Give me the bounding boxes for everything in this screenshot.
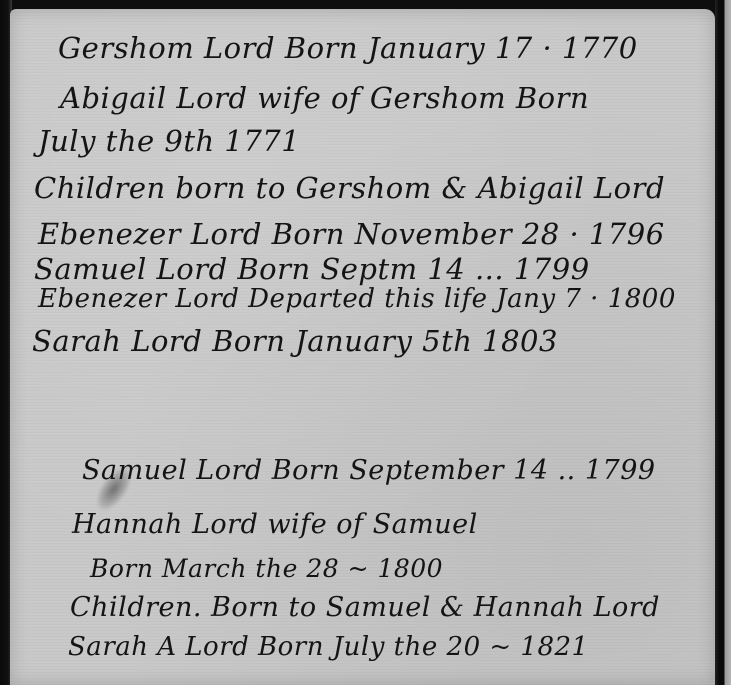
record-line: Samuel Lord Born September 14 .. 1799 — [82, 455, 656, 486]
record-line: Ebenezer Lord Born November 28 · 1796 — [38, 217, 665, 251]
record-line: Ebenezer Lord Departed this life Jany 7 … — [38, 284, 676, 314]
record-line: Abigail Lord wife of Gershom Born — [60, 81, 589, 115]
record-line: Gershom Lord Born January 17 · 1770 — [58, 31, 638, 65]
record-line: Sarah A Lord Born July the 20 ~ 1821 — [68, 632, 589, 662]
record-line: Hannah Lord wife of Samuel — [72, 509, 478, 540]
record-line: Sarah Lord Born January 5th 1803 — [32, 324, 558, 358]
record-line: Born March the 28 ~ 1800 — [90, 554, 443, 583]
record-line: July the 9th 1771 — [38, 124, 300, 158]
record-page: Gershom Lord Born January 17 · 1770 Abig… — [10, 9, 715, 685]
record-line: Children. Born to Samuel & Hannah Lord — [70, 592, 660, 623]
right-scan-border — [715, 0, 731, 685]
record-line: Children born to Gershom & Abigail Lord — [34, 171, 665, 205]
record-line: Samuel Lord Born Septm 14 ... 1799 — [34, 252, 590, 286]
scanned-document: Gershom Lord Born January 17 · 1770 Abig… — [0, 0, 731, 685]
